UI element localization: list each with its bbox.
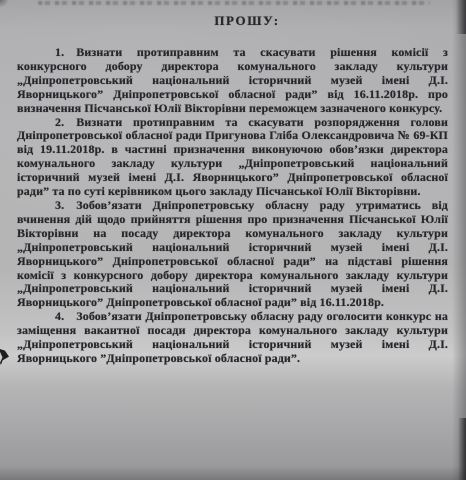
cropped-text-remnant [38, 1, 430, 5]
paragraph-1-number: 1. [55, 45, 64, 59]
document-body: 1.Визнати протиправним та скасувати ріше… [17, 46, 448, 366]
document-heading: ПРОШУ: [0, 13, 466, 29]
photo-bottom-shadow [0, 466, 466, 480]
pen-mark [0, 349, 9, 365]
document-photo: ПРОШУ: 1.Визнати протиправним та скасува… [0, 0, 466, 480]
paragraph-4: 4.Зобов’язати Дніпропетровську обласну р… [17, 310, 448, 366]
paragraph-2: 2.Визнати протиправним та скасувати розп… [17, 116, 448, 199]
photo-right-edge-shadow [452, 0, 466, 480]
paragraph-2-text: Визнати протиправним та скасувати розпор… [17, 115, 448, 199]
paragraph-3-text: Зобов’язати Дніпропетровську обласну рад… [17, 198, 448, 309]
paragraph-1: 1.Визнати протиправним та скасувати ріше… [17, 46, 448, 116]
paragraph-4-text: Зобов’язати Дніпропетровську обласну рад… [17, 309, 448, 365]
photo-top-left-shadow [0, 0, 12, 10]
paragraph-2-number: 2. [55, 115, 64, 129]
paragraph-1-text: Визнати протиправним та скасувати рішенн… [17, 45, 448, 115]
photo-top-right-shadow [456, 0, 466, 34]
paragraph-3: 3.Зобов’язати Дніпропетровську обласну р… [17, 199, 448, 310]
paragraph-4-number: 4. [55, 309, 64, 323]
paragraph-3-number: 3. [55, 198, 64, 212]
